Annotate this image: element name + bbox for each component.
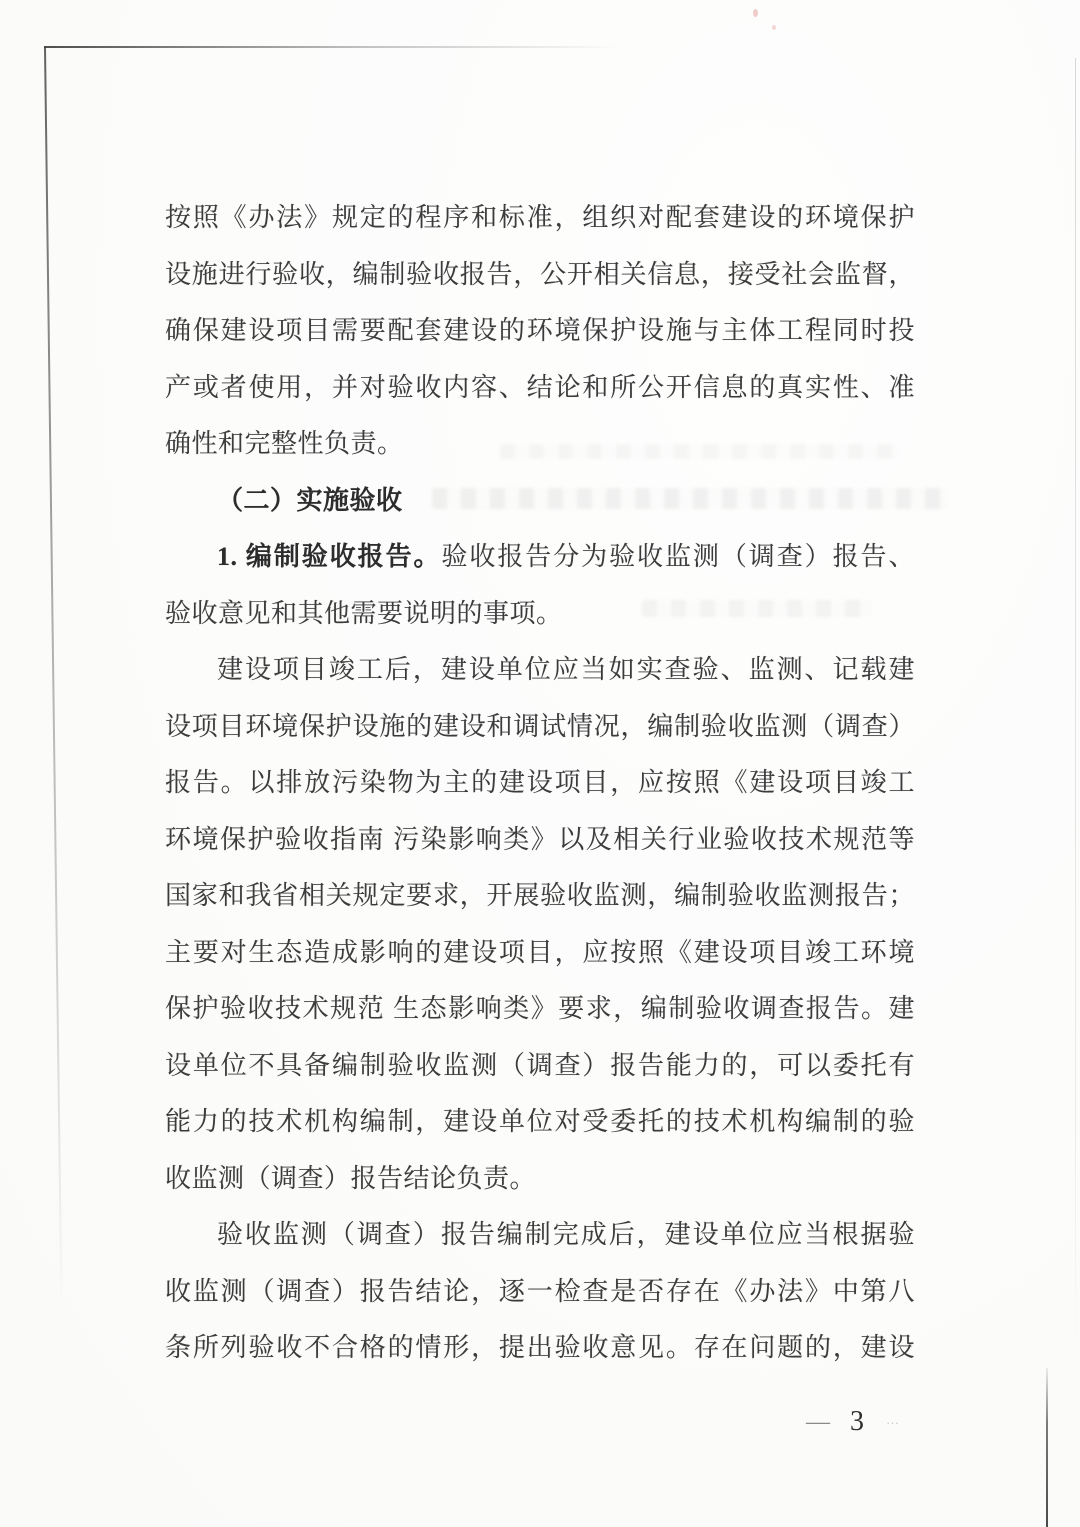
text-line: 收监测（调查）报告结论，逐一检查是否存在《办法》中第八	[165, 1264, 915, 1321]
text-line: 国家和我省相关规定要求，开展验收监测，编制验收监测报告；	[165, 868, 915, 925]
red-speck-artifact	[753, 9, 758, 17]
scanned-page: 按照《办法》规定的程序和标准，组织对配套建设的环境保护设施进行验收，编制验收报告…	[0, 0, 1080, 1527]
footer-dots-artifact: ⋯	[886, 1413, 903, 1432]
paragraph: 按照《办法》规定的程序和标准，组织对配套建设的环境保护设施进行验收，编制验收报告…	[165, 190, 915, 473]
text-line: 按照《办法》规定的程序和标准，组织对配套建设的环境保护	[165, 190, 915, 247]
text-segment: 设项目环境保护设施的建设和调试情况，编制验收监测（调查）	[165, 712, 915, 741]
scan-edge-top-line	[44, 46, 619, 48]
text-line: 验收监测（调查）报告编制完成后，建设单位应当根据验	[165, 1207, 915, 1264]
scan-edge-right-line	[1075, 58, 1076, 1358]
paragraph: 建设项目竣工后，建设单位应当如实查验、监测、记载建设项目环境保护设施的建设和调试…	[165, 642, 915, 1207]
text-segment: 验收报告分为验收监测（调查）报告、	[442, 542, 915, 571]
text-line: 1. 编制验收报告。验收报告分为验收监测（调查）报告、	[165, 529, 915, 586]
text-segment: 设施进行验收，编制验收报告，公开相关信息，接受社会监督，	[165, 260, 915, 289]
text-segment: 环境保护验收指南 污染影响类》以及相关行业验收技术规范等	[165, 825, 915, 854]
bold-text-segment: （二）实施验收	[217, 486, 403, 515]
text-line: 环境保护验收指南 污染影响类》以及相关行业验收技术规范等	[165, 812, 915, 869]
text-segment: 条所列验收不合格的情形，提出验收意见。存在问题的，建设	[165, 1333, 915, 1362]
text-line: 确保建设项目需要配套建设的环境保护设施与主体工程同时投	[165, 303, 915, 360]
text-segment: 报告。以排放污染物为主的建设项目，应按照《建设项目竣工	[165, 768, 915, 797]
text-segment: 国家和我省相关规定要求，开展验收监测，编制验收监测报告；	[165, 881, 915, 910]
text-line: 设施进行验收，编制验收报告，公开相关信息，接受社会监督，	[165, 247, 915, 304]
text-segment: 收监测（调查）报告结论，逐一检查是否存在《办法》中第八	[165, 1277, 915, 1306]
text-line: 设单位不具备编制验收监测（调查）报告能力的，可以委托有	[165, 1038, 915, 1095]
text-line: 条所列验收不合格的情形，提出验收意见。存在问题的，建设	[165, 1320, 915, 1377]
text-segment: 确保建设项目需要配套建设的环境保护设施与主体工程同时投	[165, 316, 915, 345]
text-segment: 建设项目竣工后，建设单位应当如实查验、监测、记载建	[217, 655, 915, 684]
text-segment: 确性和完整性负责。	[165, 429, 404, 458]
text-segment: 验收意见和其他需要说明的事项。	[165, 599, 563, 628]
text-line: 确性和完整性负责。	[165, 416, 915, 473]
text-line: 产或者使用，并对验收内容、结论和所公开信息的真实性、准	[165, 360, 915, 417]
text-line: 验收意见和其他需要说明的事项。	[165, 586, 915, 643]
bold-text-segment: 1. 编制验收报告。	[217, 542, 442, 571]
text-line: 主要对生态造成影响的建设项目，应按照《建设项目竣工环境	[165, 925, 915, 982]
scan-edge-left-line	[44, 47, 63, 1312]
text-segment: 设单位不具备编制验收监测（调查）报告能力的，可以委托有	[165, 1051, 915, 1080]
red-speck-artifact	[772, 25, 776, 30]
text-line: 设项目环境保护设施的建设和调试情况，编制验收监测（调查）	[165, 699, 915, 756]
scan-edge-right-bottom-line	[1046, 1368, 1048, 1527]
text-line: 报告。以排放污染物为主的建设项目，应按照《建设项目竣工	[165, 755, 915, 812]
paragraph: 1. 编制验收报告。验收报告分为验收监测（调查）报告、验收意见和其他需要说明的事…	[165, 529, 915, 642]
text-segment: 主要对生态造成影响的建设项目，应按照《建设项目竣工环境	[165, 938, 915, 967]
text-segment: 验收监测（调查）报告编制完成后，建设单位应当根据验	[217, 1220, 915, 1249]
paragraph: 验收监测（调查）报告编制完成后，建设单位应当根据验收监测（调查）报告结论，逐一检…	[165, 1207, 915, 1377]
page-footer: — 3 ⋯	[806, 1400, 903, 1444]
section-heading: （二）实施验收	[165, 473, 915, 530]
text-line: （二）实施验收	[165, 473, 915, 530]
text-segment: 产或者使用，并对验收内容、结论和所公开信息的真实性、准	[165, 373, 915, 402]
text-segment: 保护验收技术规范 生态影响类》要求，编制验收调查报告。建	[165, 994, 915, 1023]
text-line: 能力的技术机构编制，建设单位对受委托的技术机构编制的验	[165, 1094, 915, 1151]
text-segment: 能力的技术机构编制，建设单位对受委托的技术机构编制的验	[165, 1107, 915, 1136]
page-number: 3	[850, 1406, 864, 1438]
text-line: 保护验收技术规范 生态影响类》要求，编制验收调查报告。建	[165, 981, 915, 1038]
footer-dash: —	[806, 1409, 828, 1436]
text-segment: 按照《办法》规定的程序和标准，组织对配套建设的环境保护	[165, 203, 915, 232]
document-body: 按照《办法》规定的程序和标准，组织对配套建设的环境保护设施进行验收，编制验收报告…	[165, 190, 915, 1377]
text-segment: 收监测（调查）报告结论负责。	[165, 1164, 536, 1193]
text-line: 收监测（调查）报告结论负责。	[165, 1151, 915, 1208]
text-line: 建设项目竣工后，建设单位应当如实查验、监测、记载建	[165, 642, 915, 699]
